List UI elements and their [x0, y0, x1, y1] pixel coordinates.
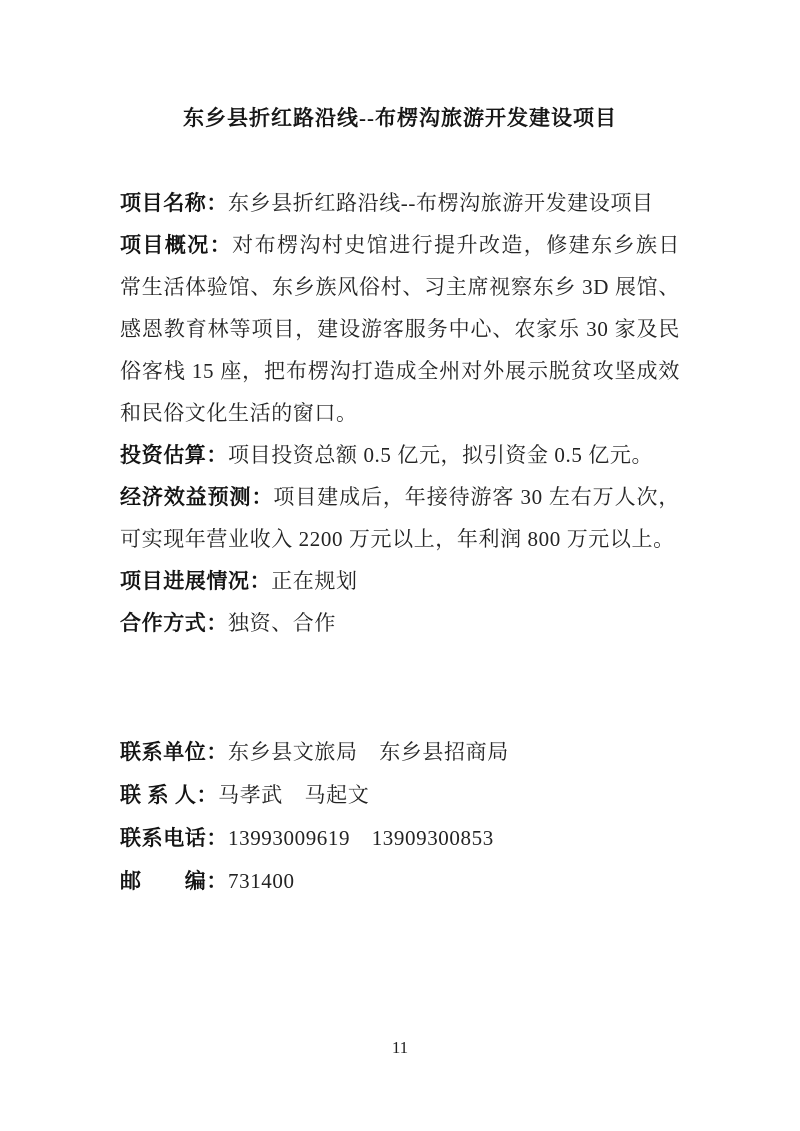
- field-label-contact-unit: 联系单位：: [120, 740, 228, 764]
- contact-block: 联系单位：东乡县文旅局 东乡县招商局 联 系 人：马孝武 马起文 联系电话：13…: [120, 731, 680, 903]
- field-label-project-progress: 项目进展情况：: [120, 569, 271, 593]
- field-value-project-name: 东乡县折红路沿线--布楞沟旅游开发建设项目: [228, 191, 654, 215]
- field-label-cooperation-mode: 合作方式：: [120, 611, 228, 635]
- field-label-project-overview: 项目概况：: [120, 233, 232, 257]
- field-label-investment-estimate: 投资估算：: [120, 443, 228, 467]
- field-contact-unit: 联系单位：东乡县文旅局 东乡县招商局: [120, 731, 680, 774]
- page-number: 11: [0, 1037, 800, 1059]
- field-investment-estimate: 投资估算：项目投资总额 0.5 亿元，拟引资金 0.5 亿元。: [120, 434, 680, 476]
- field-contact-person: 联 系 人：马孝武 马起文: [120, 774, 680, 817]
- field-label-postal-code: 邮 编：: [120, 869, 228, 893]
- field-label-contact-phone: 联系电话：: [120, 826, 228, 850]
- field-project-overview: 项目概况：对布楞沟村史馆进行提升改造，修建东乡族日常生活体验馆、东乡族风俗村、习…: [120, 224, 680, 434]
- field-value-project-overview: 对布楞沟村史馆进行提升改造，修建东乡族日常生活体验馆、东乡族风俗村、习主席视察东…: [120, 233, 680, 425]
- field-value-contact-phone: 13993009619 13909300853: [228, 826, 494, 850]
- field-value-contact-unit: 东乡县文旅局 东乡县招商局: [228, 740, 509, 764]
- field-value-cooperation-mode: 独资、合作: [228, 611, 336, 635]
- field-value-investment-estimate: 项目投资总额 0.5 亿元，拟引资金 0.5 亿元。: [228, 443, 653, 467]
- document-body: 项目名称：东乡县折红路沿线--布楞沟旅游开发建设项目 项目概况：对布楞沟村史馆进…: [120, 182, 680, 903]
- document-title: 东乡县折红路沿线--布楞沟旅游开发建设项目: [0, 97, 800, 139]
- field-project-name: 项目名称：东乡县折红路沿线--布楞沟旅游开发建设项目: [120, 182, 680, 224]
- field-value-postal-code: 731400: [228, 869, 295, 893]
- field-economic-benefit: 经济效益预测：项目建成后，年接待游客 30 左右万人次，可实现年营业收入 220…: [120, 476, 680, 560]
- field-contact-phone: 联系电话：13993009619 13909300853: [120, 817, 680, 860]
- field-postal-code: 邮 编：731400: [120, 860, 680, 903]
- document-page: 东乡县折红路沿线--布楞沟旅游开发建设项目 项目名称：东乡县折红路沿线--布楞沟…: [0, 0, 800, 1131]
- field-value-project-progress: 正在规划: [271, 569, 357, 593]
- field-label-contact-person: 联 系 人：: [120, 783, 218, 807]
- field-label-economic-benefit: 经济效益预测：: [120, 485, 273, 509]
- field-cooperation-mode: 合作方式：独资、合作: [120, 602, 680, 644]
- field-value-contact-person: 马孝武 马起文: [218, 783, 369, 807]
- field-label-project-name: 项目名称：: [120, 191, 228, 215]
- field-project-progress: 项目进展情况：正在规划: [120, 560, 680, 602]
